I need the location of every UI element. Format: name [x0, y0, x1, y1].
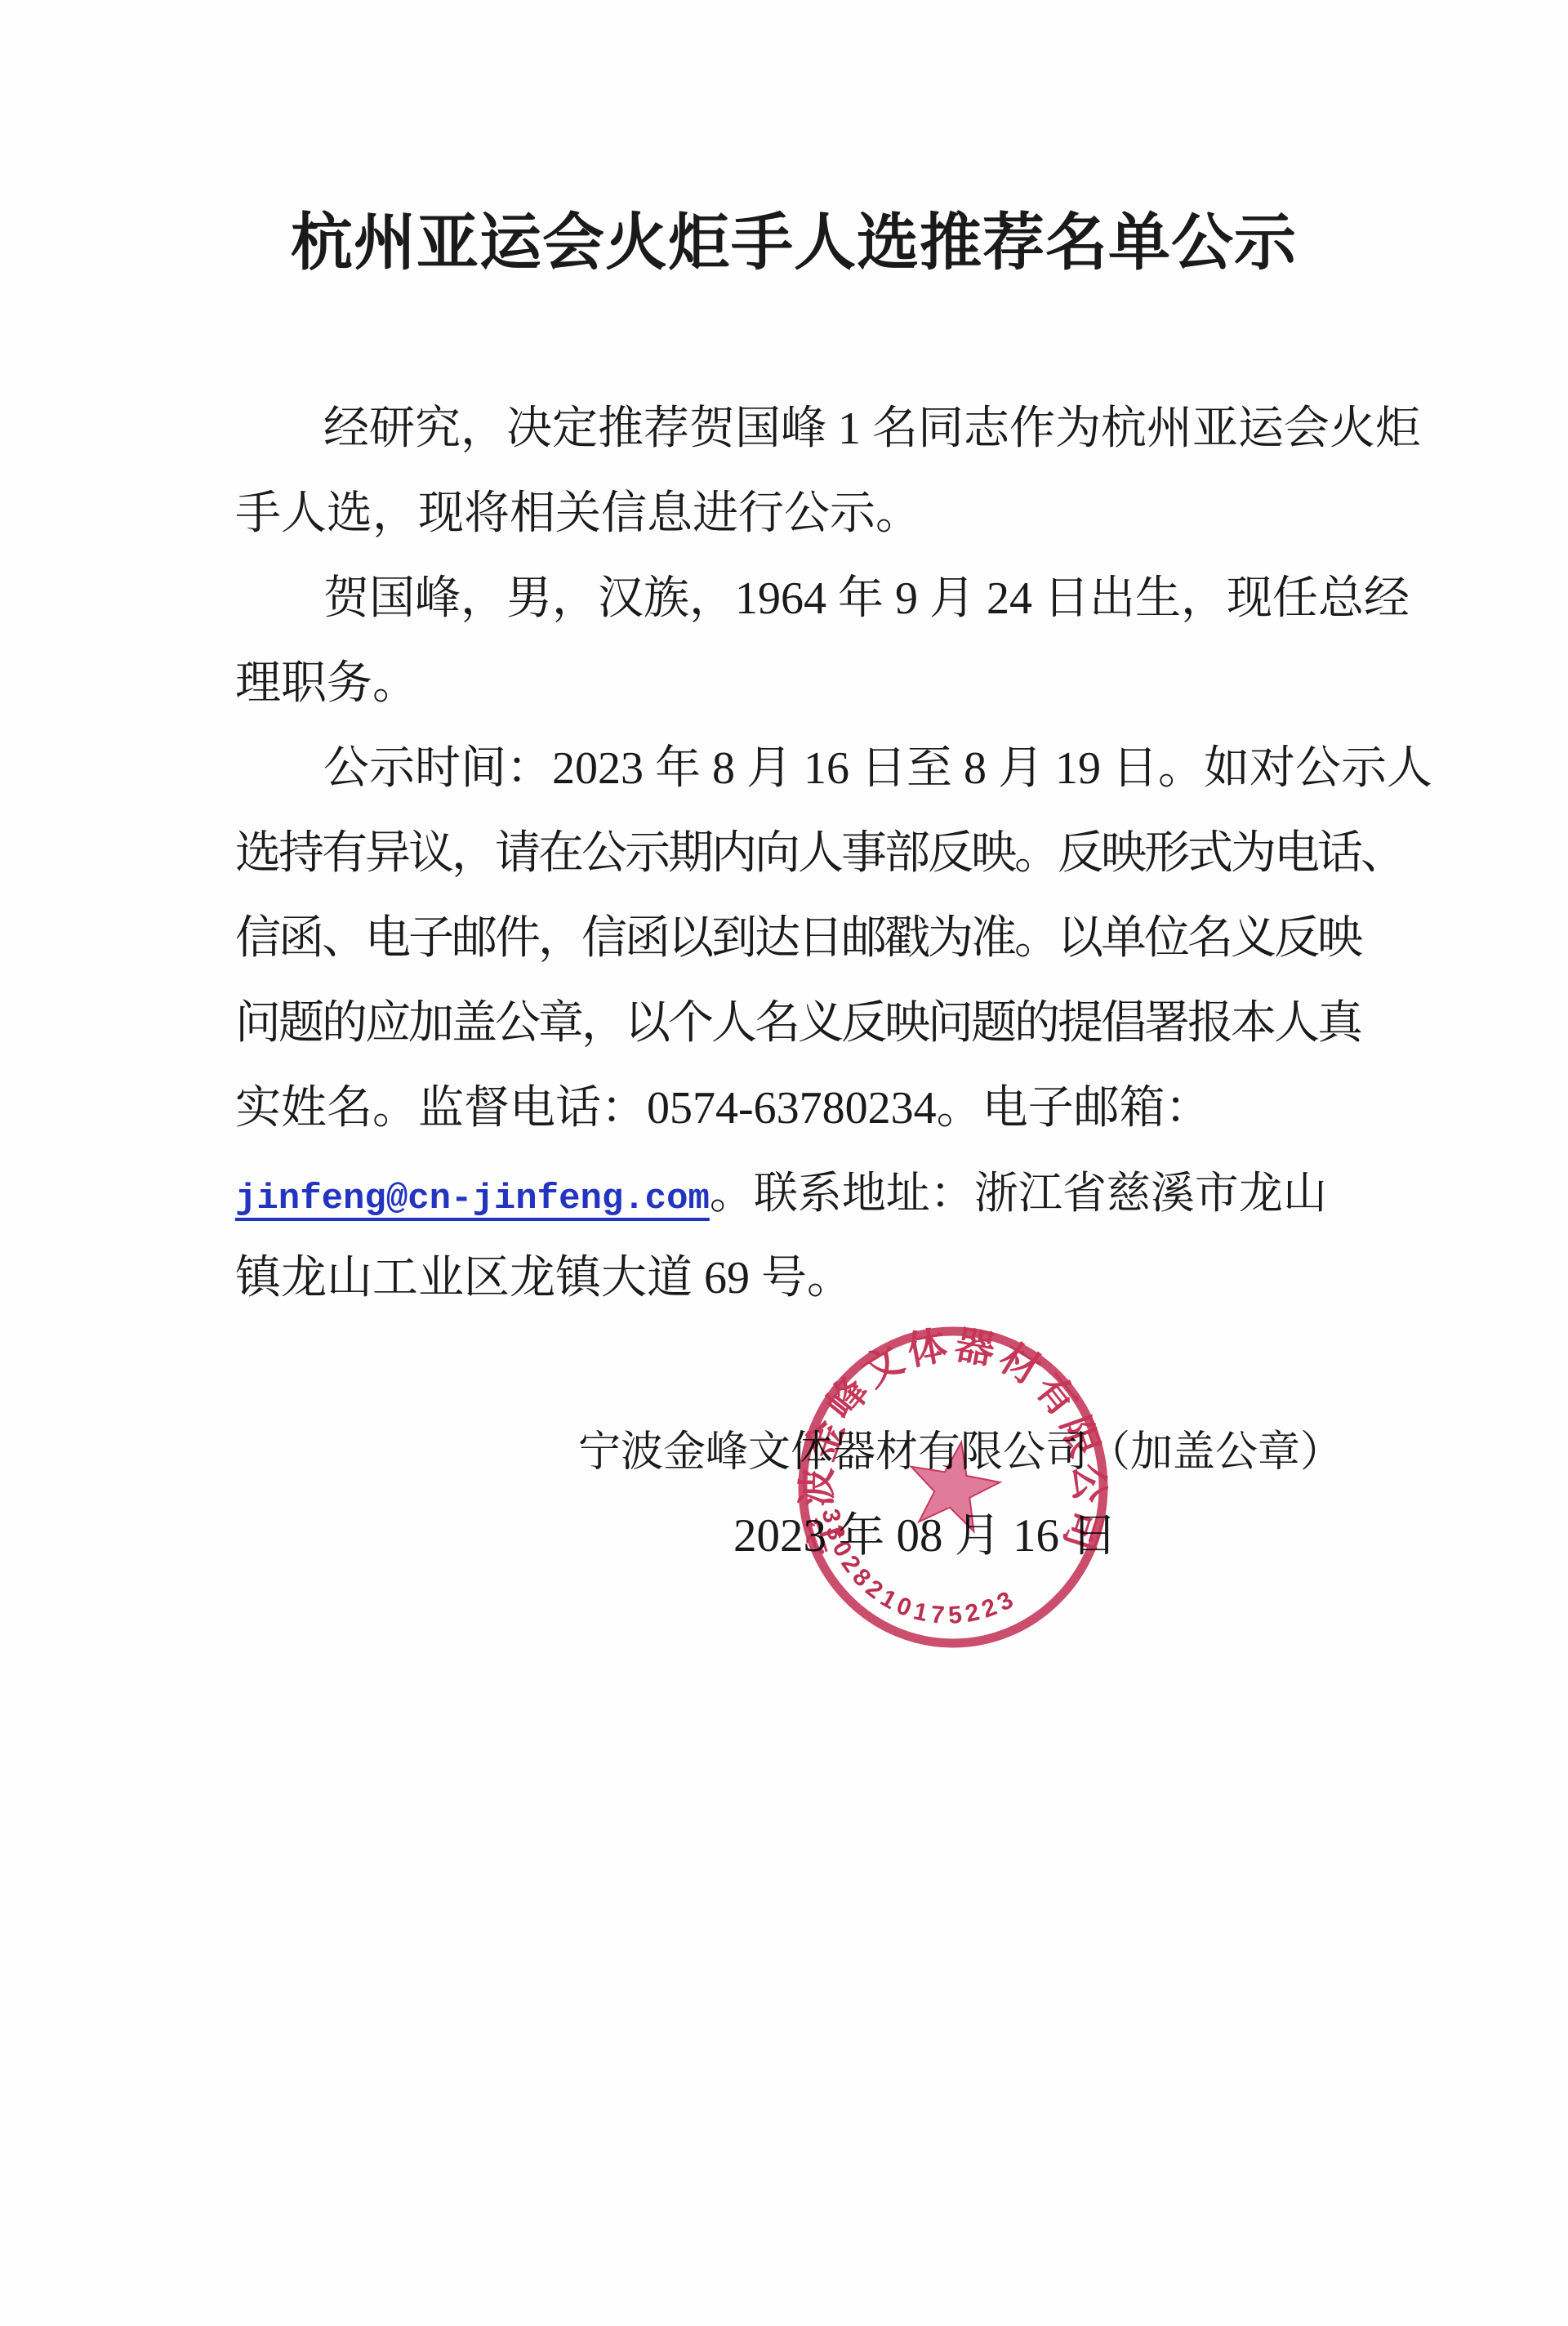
body-line: 经研究，决定推荐贺国峰 1 名同志作为杭州亚运会火炬 — [235, 386, 1352, 471]
stamp-star-icon — [902, 1434, 1005, 1534]
body-line-email: jinfeng@cn-jinfeng.com。联系地址：浙江省慈溪市龙山 — [235, 1151, 1352, 1236]
body-line: 信函、电子邮件，信函以到达日邮戳为准。以单位名义反映 — [235, 896, 1352, 981]
email-link[interactable]: jinfeng@cn-jinfeng.com — [235, 1179, 710, 1219]
body-line: 公示时间：2023 年 8 月 16 日至 8 月 19 日。如对公示人 — [235, 726, 1352, 811]
scanned-announcement-page: 杭州亚运会火炬手人选推荐名单公示 经研究，决定推荐贺国峰 1 名同志作为杭州亚运… — [0, 0, 1568, 2326]
body-line: 理职务。 — [235, 641, 1352, 726]
body-line: 选持有异议，请在公示期内向人事部反映。反映形式为电话、 — [235, 811, 1352, 896]
official-stamp: 宁波金峰文体器材有限公司 33028210175223 — [741, 1291, 1165, 1683]
email-line-rest: 。联系地址：浙江省慈溪市龙山 — [710, 1169, 1327, 1218]
document-body: 经研究，决定推荐贺国峰 1 名同志作为杭州亚运会火炬 手人选，现将相关信息进行公… — [235, 386, 1352, 1321]
body-line: 贺国峰，男，汉族，1964 年 9 月 24 日出生，现任总经 — [235, 556, 1352, 641]
document-title: 杭州亚运会火炬手人选推荐名单公示 — [235, 198, 1352, 288]
body-line: 问题的应加盖公章，以个人名义反映问题的提倡署报本人真 — [235, 981, 1352, 1066]
body-line: 手人选，现将相关信息进行公示。 — [235, 471, 1352, 556]
body-line: 实姓名。监督电话：0574-63780234。电子邮箱： — [235, 1066, 1352, 1151]
